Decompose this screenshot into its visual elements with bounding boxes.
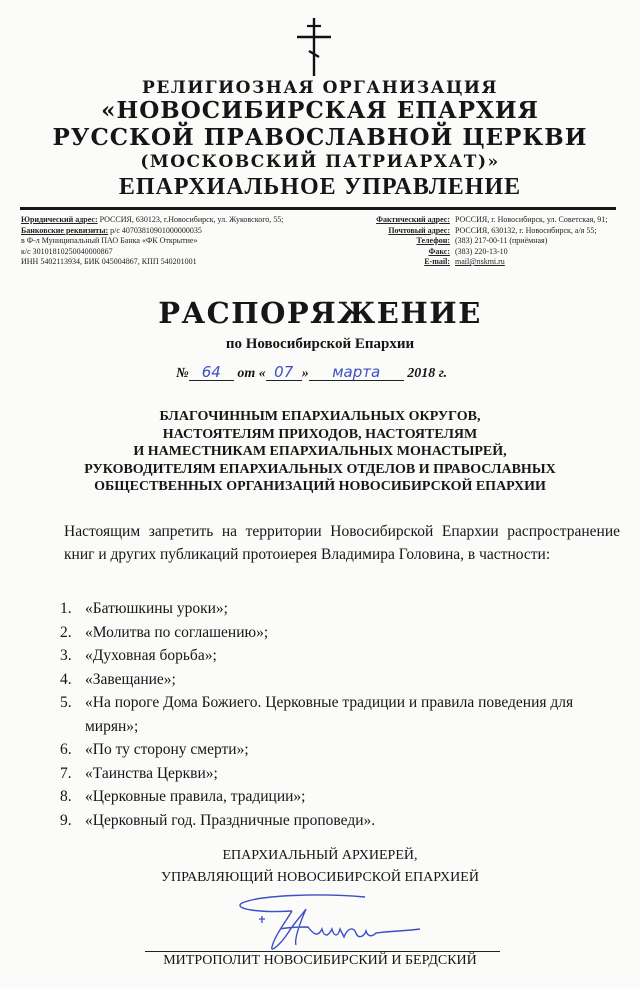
department-title: ЕПАРХИАЛЬНОЕ УПРАВЛЕНИЕ	[0, 174, 640, 201]
phone-label: Телефон:	[345, 236, 455, 247]
document-day: 07	[266, 364, 302, 381]
document-number-line: №64 от «07»марта 2018 г.	[176, 364, 447, 382]
banned-books-list: 1.«Батюшкины уроки»; 2.«Молитва по согла…	[60, 597, 620, 832]
list-item: 9.«Церковный год. Праздничные проповеди»…	[60, 809, 620, 833]
signatory-title-line2: УПРАВЛЯЮЩИЙ НОВОСИБИРСКОЙ ЕПАРХИЕЙ	[0, 867, 640, 889]
signatory-title: ЕПАРХИАЛЬНЫЙ АРХИЕРЕЙ, УПРАВЛЯЮЩИЙ НОВОС…	[0, 845, 640, 889]
actual-address-label: Фактический адрес:	[345, 215, 455, 226]
org-name-line3: (МОСКОВСКИЙ ПАТРИАРХАТ)»	[0, 152, 640, 172]
postal-address-label: Почтовый адрес:	[345, 226, 455, 237]
actual-address-value: РОССИЯ, г. Новосибирск, ул. Советская, 9…	[455, 215, 635, 226]
fax-label: Факс:	[345, 247, 455, 258]
list-item: 2.«Молитва по соглашению»;	[60, 621, 620, 645]
document-number: 64	[189, 364, 234, 381]
number-prefix: №	[176, 366, 189, 381]
addressee-line: БЛАГОЧИННЫМ ЕПАРХИАЛЬНЫХ ОКРУГОВ,	[0, 408, 640, 426]
postal-address-value: РОССИЯ, 630132, г. Новосибирск, а/я 55;	[455, 226, 635, 237]
email-link[interactable]: mail@nskmi.ru	[455, 257, 635, 268]
org-name-line2: РУССКОЙ ПРАВОСЛАВНОЙ ЦЕРКВИ	[0, 124, 640, 151]
org-name-line1: «НОВОСИБИРСКАЯ ЕПАРХИЯ	[0, 97, 640, 124]
document-year: 2018 г.	[407, 366, 447, 381]
body-paragraph: Настоящим запретить на территории Новоси…	[24, 520, 620, 566]
list-item: 1.«Батюшкины уроки»;	[60, 597, 620, 621]
document-title: РАСПОРЯЖЕНИЕ	[0, 296, 640, 330]
list-item: 7.«Таинства Церкви»;	[60, 762, 620, 786]
addressee-line: РУКОВОДИТЕЛЯМ ЕПАРХИАЛЬНЫХ ОТДЕЛОВ И ПРА…	[0, 461, 640, 479]
fax-value: (383) 220-13-10	[455, 247, 635, 258]
legal-address-value: РОССИЯ, 630123, г.Новосибирск, ул. Жуков…	[100, 215, 284, 224]
bank-account: р/с 40703810901000000035	[110, 226, 202, 235]
document-subtitle: по Новосибирской Епархии	[0, 336, 640, 353]
list-item: 5.«На пороге Дома Божиего. Церковные тра…	[60, 691, 620, 738]
body-text: Настоящим запретить на территории Новоси…	[24, 520, 620, 566]
list-item: 8.«Церковные правила, традиции»;	[60, 785, 620, 809]
signature-line	[145, 951, 500, 952]
legal-address-label: Юридический адрес:	[21, 215, 98, 224]
handwritten-signature	[230, 893, 430, 953]
document-month: марта	[309, 364, 404, 381]
from-label: от «	[237, 366, 265, 381]
addressees: БЛАГОЧИННЫМ ЕПАРХИАЛЬНЫХ ОКРУГОВ, НАСТОЯ…	[0, 408, 640, 496]
list-item: 3.«Духовная борьба»;	[60, 644, 620, 668]
phone-value: (383) 217-00-11 (приёмная)	[455, 236, 635, 247]
signatory-title-line1: ЕПАРХИАЛЬНЫЙ АРХИЕРЕЙ,	[0, 845, 640, 867]
bank-name: в Ф-л Муниципальный ПАО Банка «ФК Открыт…	[21, 236, 331, 247]
corr-account: к/с 30101810250040000867	[21, 247, 331, 258]
signatory-name: МИТРОПОЛИТ НОВОСИБИРСКИЙ И БЕРДСКИЙ	[0, 953, 640, 969]
orthodox-cross-icon	[294, 16, 334, 76]
addressee-line: НАСТОЯТЕЛЯМ ПРИХОДОВ, НАСТОЯТЕЛЯМ	[0, 426, 640, 444]
day-close: »	[302, 366, 309, 381]
bank-label: Банковские реквизиты:	[21, 226, 108, 235]
org-type: РЕЛИГИОЗНАЯ ОРГАНИЗАЦИЯ	[0, 78, 640, 98]
requisites-left: Юридический адрес: РОССИЯ, 630123, г.Нов…	[21, 215, 331, 268]
addressee-line: И НАМЕСТНИКАМ ЕПАРХИАЛЬНЫХ МОНАСТЫРЕЙ,	[0, 443, 640, 461]
addressee-line: ОБЩЕСТВЕННЫХ ОРГАНИЗАЦИЙ НОВОСИБИРСКОЙ Е…	[0, 478, 640, 496]
tax-ids: ИНН 5402113934, БИК 045004867, КПП 54020…	[21, 257, 331, 268]
header-divider	[20, 207, 616, 210]
list-item: 6.«По ту сторону смерти»;	[60, 738, 620, 762]
email-label: E-mail:	[345, 257, 455, 268]
list-item: 4.«Завещание»;	[60, 668, 620, 692]
requisites-right: Фактический адрес:РОССИЯ, г. Новосибирск…	[345, 215, 635, 268]
